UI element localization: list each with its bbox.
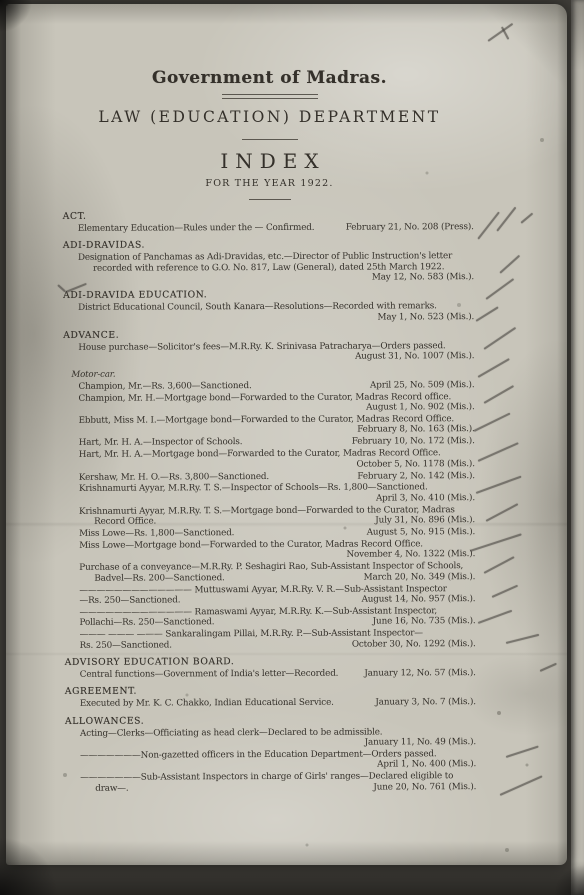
entry-reference: August 14, No. 957 (Mis.). [350, 594, 476, 605]
section-heading: ALLOWANCES. [65, 715, 476, 727]
entry-reference: November 4, No. 1322 (Mis.). [334, 549, 475, 560]
entry-text: Hart, Mr. H. A.—Inspector of Schools. [79, 437, 243, 448]
page-content: Government of Madras. LAW (EDUCATION) DE… [6, 4, 567, 793]
entry-text: Ebbutt, Miss M. I.—Mortgage bond—Forward… [79, 414, 454, 426]
section-heading: ADI-DRAVIDA EDUCATION. [63, 290, 474, 302]
entry-continuation: —Rs. 250—Sanctioned.August 14, No. 957 (… [94, 594, 475, 606]
adjacent-page-edge [571, 0, 584, 895]
page-subtitle: FOR THE YEAR 1922. [64, 178, 475, 189]
index-entry: Kershaw, Mr. H. O.—Rs. 3,800—Sanctioned.… [94, 471, 475, 483]
index-entry: Ebbutt, Miss M. I.—Mortgage bond—Forward… [94, 414, 475, 436]
entry-text: Miss Lowe—Mortgage bond—Forwarded to the… [79, 539, 423, 550]
entry-reference: October 5, No. 1178 (Mis.). [344, 459, 474, 470]
entry-continuation: Pollachi—Rs. 250—Sanctioned.June 16, No.… [95, 616, 476, 628]
entry-reference: May 12, No. 583 (Mis.). [360, 272, 474, 283]
entry-reference: August 5, No. 915 (Mis.). [355, 527, 475, 538]
index-entry: Champion, Mr.—Rs. 3,600—Sanctioned.April… [93, 380, 474, 392]
index-entry: Krishnamurti Ayyar, M.R.Ry. T. S.—Mortga… [94, 505, 475, 527]
entry-reference: February 8, No. 163 (Mis.). [345, 425, 475, 436]
index-entry: Elementary Education—Rules under the — C… [93, 222, 474, 234]
entry-reference: February 10, No. 172 (Mis.). [340, 436, 475, 447]
index-entry: Central functions—Government of India's … [95, 668, 476, 680]
index-entry: Executed by Mr. K. C. Chakko, Indian Edu… [95, 697, 476, 709]
entry-text: Pollachi—Rs. 250—Sanctioned. [80, 618, 215, 629]
entry-text: Hart, Mr. H. A.—Mortgage bond—Forwarded … [79, 448, 441, 460]
index-entry: Miss Lowe—Rs. 1,800—Sanctioned.August 5,… [94, 527, 475, 539]
index-entry: ——— ——— ——— Sankaralingam Pillai, M.R.Ry… [95, 628, 476, 650]
entry-text: Rs. 250—Sanctioned. [80, 640, 172, 650]
entry-reference: April 1, No. 400 (Mis.). [365, 759, 476, 770]
entry-reference: June 16, No. 735 (Mis.). [361, 616, 476, 627]
entry-reference: April 3, No. 410 (Mis.). [364, 493, 475, 504]
rule-divider [249, 199, 291, 200]
index-entry: ———————Sub-Assistant Inspectors in charg… [95, 771, 476, 793]
entry-text: Acting—Clerks—Officiating as head clerk—… [80, 727, 382, 738]
entry-reference: August 1, No. 902 (Mis.). [354, 402, 474, 413]
section-heading: ACT. [63, 210, 474, 222]
index-entry: ———————Non-gazetted officers in the Educ… [95, 749, 476, 771]
entry-text: Central functions—Government of India's … [80, 669, 339, 680]
entry-text: Kershaw, Mr. H. O.—Rs. 3,800—Sanctioned. [79, 472, 269, 483]
department-title: LAW (EDUCATION) DEPARTMENT [64, 108, 475, 126]
entry-text: Krishnamurti Ayyar, M.R.Ry. T. S.—Inspec… [79, 483, 428, 495]
document-header: Government of Madras. LAW (EDUCATION) DE… [64, 68, 475, 200]
entry-text: Miss Lowe—Rs. 1,800—Sanctioned. [79, 528, 234, 539]
entry-reference: January 3, No. 7 (Mis.). [363, 697, 476, 708]
section-subheading: Motor-car. [71, 368, 474, 380]
document-page: Government of Madras. LAW (EDUCATION) DE… [6, 4, 567, 865]
section-heading: ADI-DRAVIDAS. [63, 239, 474, 251]
index-entry: Designation of Panchamas as Adi-Dravidas… [93, 251, 474, 284]
entry-reference: June 20, No. 761 (Mis.). [361, 782, 476, 793]
rule-divider [242, 139, 298, 140]
entry-reference: July 31, No. 896 (Mis.). [363, 515, 475, 526]
entry-text: —Rs. 250—Sanctioned. [79, 595, 180, 605]
scanned-document: Government of Madras. LAW (EDUCATION) DE… [0, 0, 584, 895]
entry-reference: January 11, No. 49 (Mis.). [353, 737, 476, 748]
index-entry: Miss Lowe—Mortgage bond—Forwarded to the… [94, 539, 475, 561]
entry-text: District Educational Council, South Kana… [78, 302, 437, 314]
section-heading: ADVISORY EDUCATION BOARD. [65, 656, 476, 668]
section-heading: AGREEMENT. [65, 685, 476, 697]
entry-reference: October 30, No. 1292 (Mis.). [340, 639, 476, 650]
entry-text: Executed by Mr. K. C. Chakko, Indian Edu… [80, 698, 334, 709]
index-entry: ————————————— Muttuswami Ayyar, M.R.Ry. … [94, 584, 475, 606]
index-entry: Acting—Clerks—Officiating as head clerk—… [95, 727, 476, 749]
entry-reference: August 31, No. 1007 (Mis.). [343, 352, 474, 363]
entry-reference: February 21, No. 208 (Press). [334, 222, 474, 233]
index-entry: Purchase of a conveyance—M.R.Ry. P. Sesh… [94, 561, 475, 583]
index-body: ACT.Elementary Education—Rules under the… [63, 210, 477, 794]
section-heading: ADVANCE. [63, 329, 474, 341]
entry-text: ———————Non-gazetted officers in the Educ… [80, 749, 436, 761]
index-entry: Champion, Mr. H.—Mortgage bond—Forwarded… [94, 392, 475, 414]
index-entry: Krishnamurti Ayyar, M.R.Ry. T. S.—Inspec… [94, 483, 475, 505]
double-rule-divider [222, 94, 318, 99]
entry-reference: January 12, No. 57 (Mis.). [352, 668, 475, 679]
entry-reference: February 2, No. 142 (Mis.). [345, 471, 475, 482]
index-entry: ————————————— Ramaswami Ayyar, M.R.Ry. K… [94, 606, 475, 628]
entry-text: ————————————— Muttuswami Ayyar, M.R.Ry. … [94, 584, 475, 596]
entry-continuation: Rs. 250—Sanctioned.October 30, No. 1292 … [95, 639, 476, 651]
entry-text: Champion, Mr.—Rs. 3,600—Sanctioned. [78, 381, 251, 392]
entry-reference: March 20, No. 349 (Mis.). [352, 572, 476, 583]
index-entry: House purchase—Solicitor's fees—M.R.Ry. … [93, 341, 474, 363]
index-entry: Hart, Mr. H. A.—Mortgage bond—Forwarded … [94, 448, 475, 470]
publisher-title: Government of Madras. [64, 68, 475, 88]
index-entry: District Educational Council, South Kana… [93, 301, 474, 323]
page-title: INDEX [64, 149, 475, 173]
entry-reference: April 25, No. 509 (Mis.). [358, 380, 475, 391]
entry-text: ————————————— Ramaswami Ayyar, M.R.Ry. K… [94, 606, 475, 618]
entry-text: House purchase—Solicitor's fees—M.R.Ry. … [78, 341, 445, 353]
entry-text: ——— ——— ——— Sankaralingam Pillai, M.R.Ry… [95, 628, 476, 640]
entry-text: Elementary Education—Rules under the — C… [78, 223, 315, 234]
entry-text: Designation of Panchamas as Adi-Dravidas… [78, 251, 452, 273]
entry-reference: May 1, No. 523 (Mis.). [365, 312, 474, 323]
index-entry: Hart, Mr. H. A.—Inspector of Schools.Feb… [94, 436, 475, 448]
entry-text: Champion, Mr. H.—Mortgage bond—Forwarded… [79, 392, 452, 404]
